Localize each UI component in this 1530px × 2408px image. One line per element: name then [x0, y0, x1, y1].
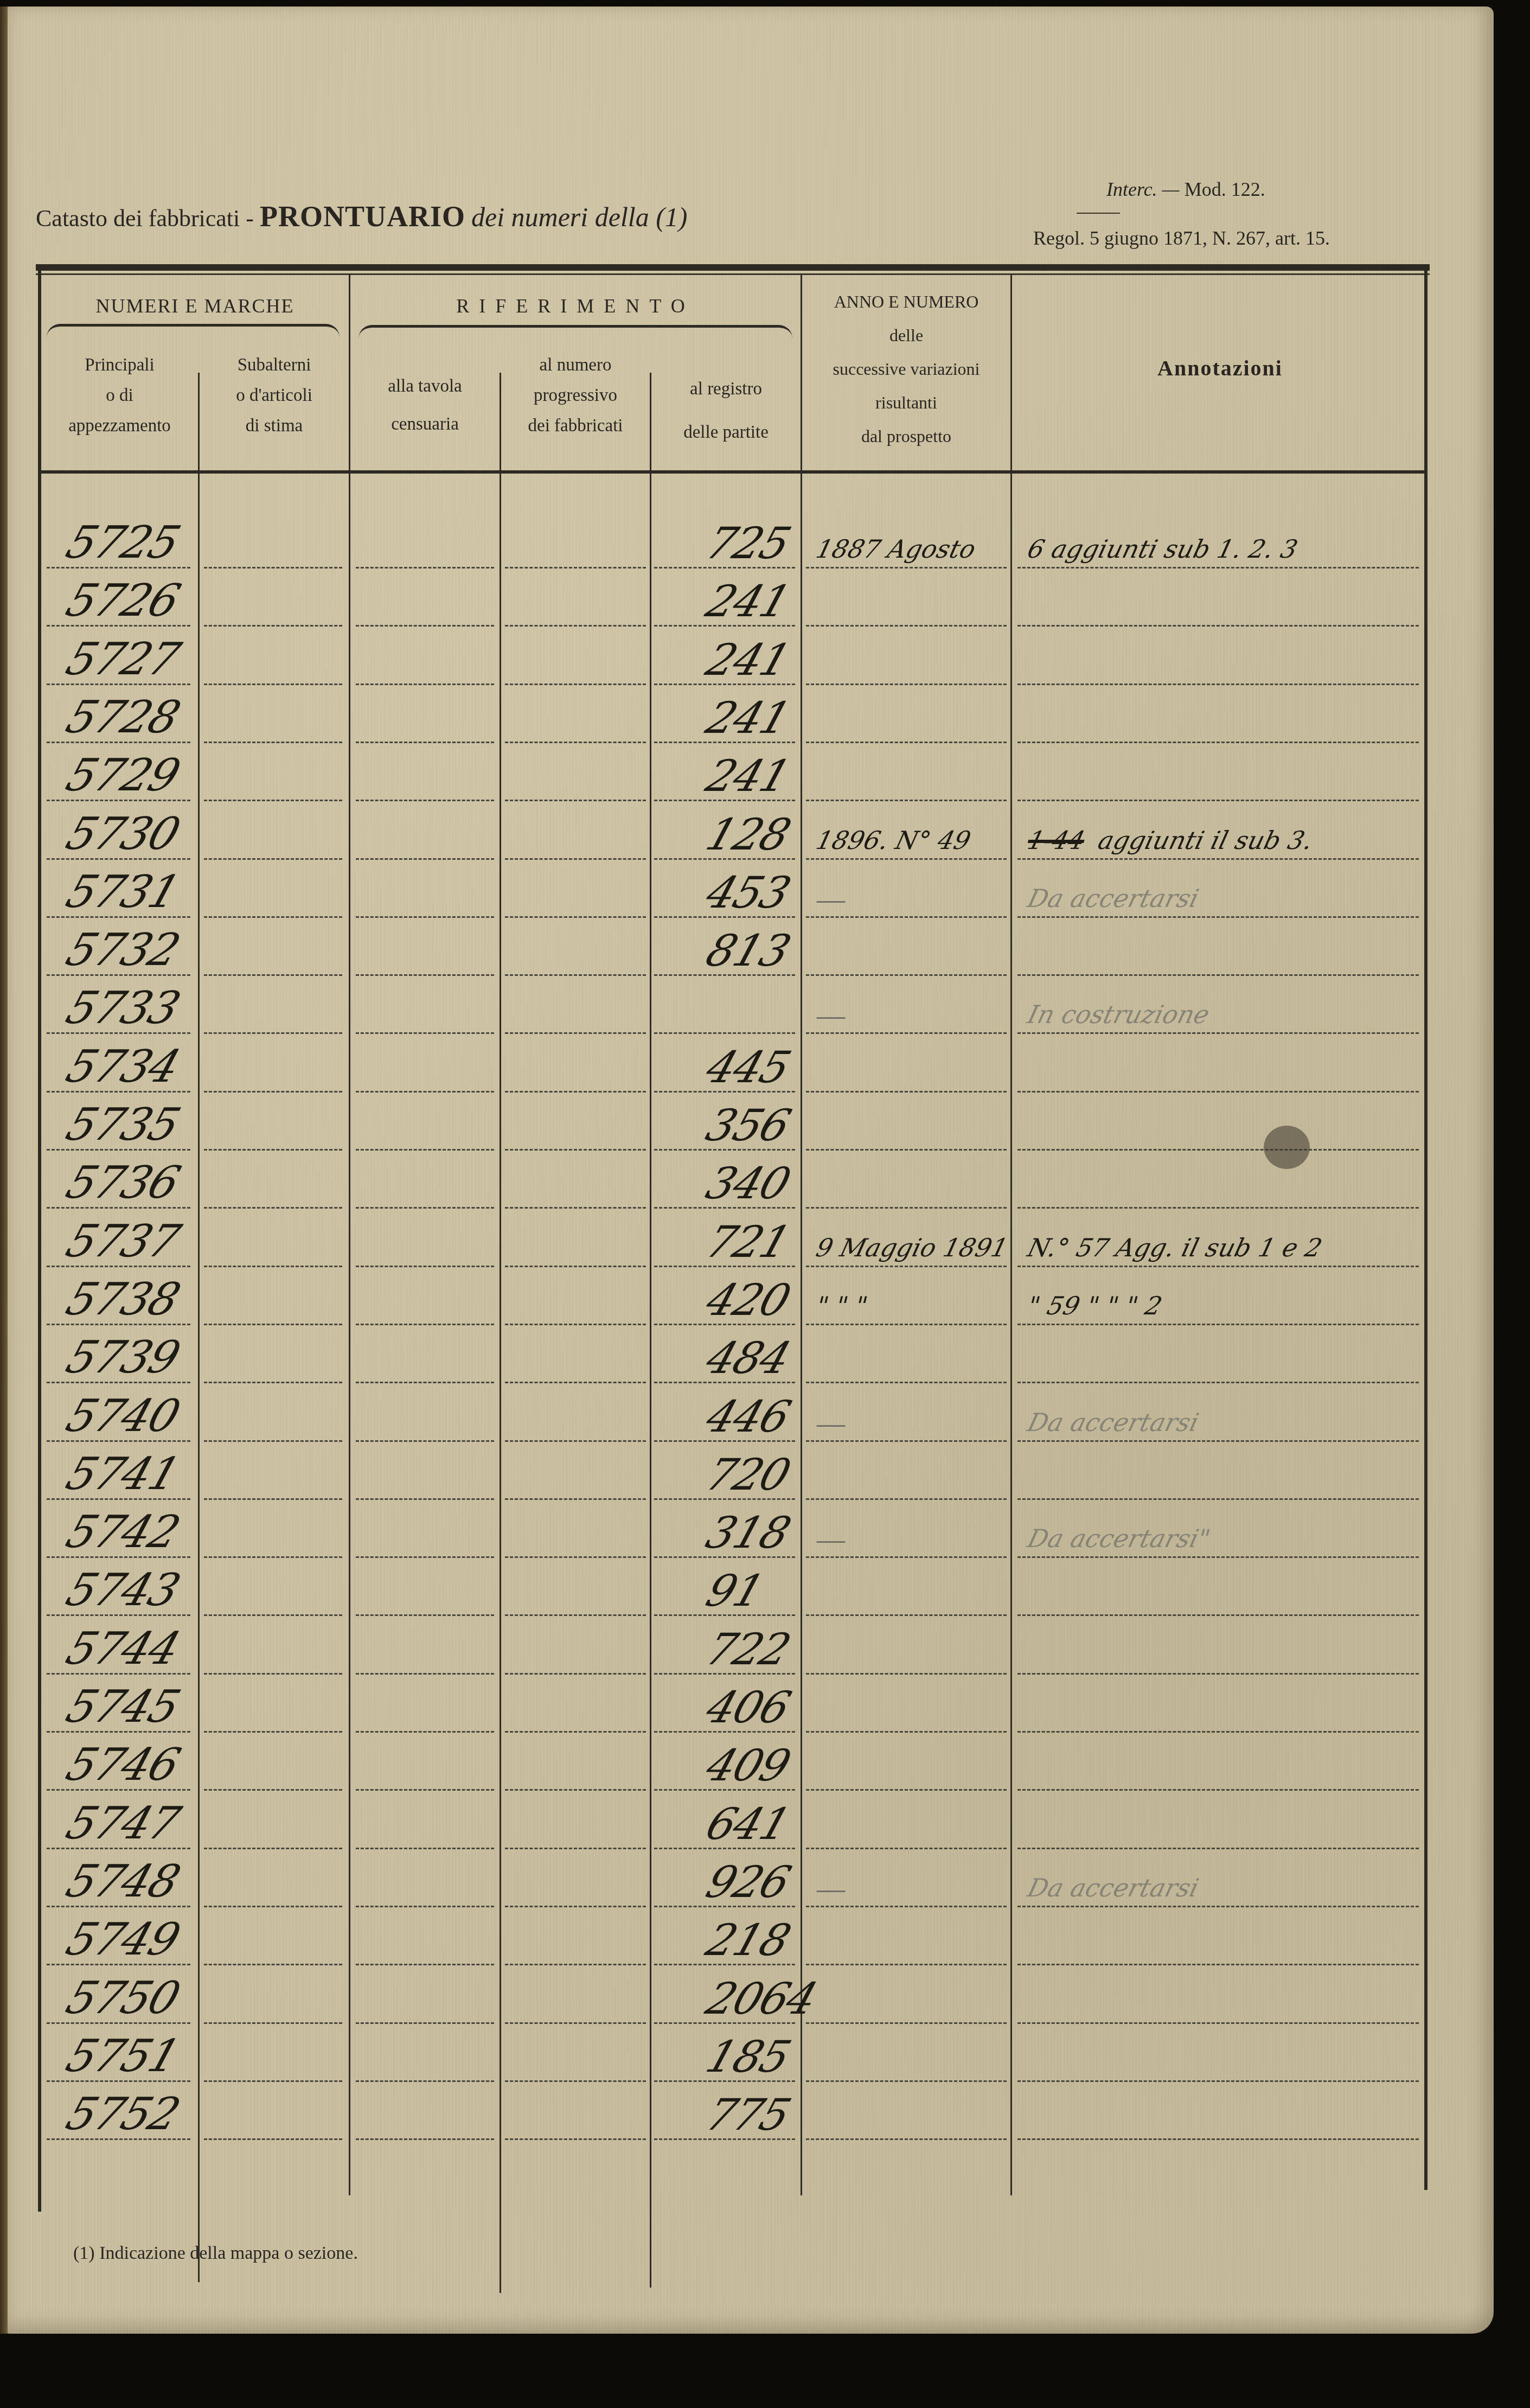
row-rule [1017, 1556, 1419, 1558]
cell-variazione: " " " [813, 1291, 870, 1320]
table-row: 5736340 [36, 1153, 1430, 1211]
row-rule [204, 1964, 342, 1965]
row-rule [505, 1091, 646, 1093]
row-rule [204, 1440, 342, 1442]
row-rule [806, 1848, 1007, 1849]
row-rule [505, 567, 646, 569]
row-rule [1017, 2080, 1419, 2082]
cell-principale: 5725 [60, 517, 186, 569]
cell-principale: 5739 [60, 1332, 186, 1383]
cell-principale: 5729 [60, 750, 186, 801]
row-rule [806, 1207, 1007, 1209]
cell-registro: 721 [700, 1217, 796, 1267]
cell-annotazione-pencil: Da accertarsi" [1025, 1524, 1213, 1553]
row-rule [806, 1964, 1007, 1965]
cell-registro: 241 [700, 576, 796, 627]
row-rule [505, 2080, 646, 2082]
row-rule [505, 1848, 646, 1849]
row-rule [806, 1556, 1007, 1558]
row-rule [806, 742, 1007, 743]
table-row: 5741720 [36, 1444, 1430, 1502]
row-rule [356, 1614, 494, 1616]
row-rule [1017, 1266, 1419, 1267]
cell-annotazione-pencil: Da accertarsi [1025, 884, 1202, 913]
row-rule [505, 1556, 646, 1558]
cell-registro: 241 [700, 635, 796, 685]
row-rule [1017, 625, 1419, 627]
row-rule [204, 1149, 342, 1151]
row-rule [356, 625, 494, 627]
row-rule [1017, 1440, 1419, 1442]
row-rule [204, 1091, 342, 1093]
row-rule [806, 800, 1007, 801]
cell-principale: 5733 [60, 982, 186, 1034]
regulation-reference: Regol. 5 giugno 1871, N. 267, art. 15. [1033, 227, 1330, 250]
cell-registro: 241 [700, 751, 796, 801]
row-rule [1017, 1614, 1419, 1616]
table-row: 5746409 [36, 1735, 1430, 1793]
cell-principale: 5734 [60, 1041, 186, 1093]
row-rule [204, 1324, 342, 1325]
row-rule [204, 1382, 342, 1383]
row-rule [204, 567, 342, 569]
row-rule [204, 1032, 342, 1034]
cell-principale: 5749 [60, 1914, 186, 1965]
cell-variazione: — [817, 1524, 845, 1556]
table-row: 5748926—Da accertarsi [36, 1851, 1430, 1909]
row-rule [806, 916, 1007, 918]
row-rule [1017, 1149, 1419, 1151]
cell-annotazione: " 59 " " " 2 [1025, 1291, 1165, 1320]
table-row: 5749218 [36, 1909, 1430, 1968]
col-header-tavola: alla tavola censuaria [350, 367, 500, 443]
cell-registro: 356 [700, 1100, 796, 1151]
cell-registro: 446 [700, 1391, 796, 1442]
cell-principale: 5737 [60, 1216, 186, 1267]
row-rule [356, 1498, 494, 1500]
row-rule [1017, 742, 1419, 743]
row-rule [505, 2022, 646, 2024]
row-rule [505, 1149, 646, 1151]
cell-principale: 5732 [60, 924, 186, 976]
cell-principale: 5752 [60, 2088, 186, 2140]
row-rule [505, 1906, 646, 1907]
row-rule [356, 1673, 494, 1675]
table-row: 5735356 [36, 1095, 1430, 1153]
row-rule [505, 1614, 646, 1616]
row-rule [806, 1032, 1007, 1034]
row-rule [806, 1498, 1007, 1500]
row-rule [505, 858, 646, 860]
cell-registro: 420 [700, 1275, 796, 1325]
row-rule [356, 916, 494, 918]
model-prefix: Interc. — [1106, 178, 1180, 200]
group-riferimento: RIFERIMENTO [350, 295, 801, 317]
col-header-variazioni: ANNO E NUMERO delle successive variazion… [802, 285, 1010, 453]
row-rule [505, 1207, 646, 1209]
table-row: 5731453—Da accertarsi [36, 862, 1430, 920]
table-row: 57301281896. N° 491-44aggiunti il sub 3. [36, 804, 1430, 862]
row-rule [505, 916, 646, 918]
row-rule [1017, 916, 1419, 918]
cell-variazione: — [817, 884, 845, 916]
cell-annotazione: aggiunti il sub 3. [1095, 826, 1316, 855]
cell-annotazione: 6 aggiunti sub 1. 2. 3 [1025, 534, 1301, 564]
cell-registro: 185 [700, 2032, 796, 2082]
title-prefix: Catasto dei fabbricati - [36, 205, 254, 232]
cell-registro: 445 [700, 1042, 796, 1093]
model-number: Mod. 122. [1185, 178, 1265, 200]
cell-variazione: — [817, 1408, 845, 1440]
cell-annotazione-struck: 1-44 [1025, 826, 1088, 855]
cell-principale: 5745 [60, 1681, 186, 1733]
row-rule [505, 625, 646, 627]
row-rule [204, 1731, 342, 1733]
cell-registro: 926 [700, 1857, 796, 1907]
row-rule [356, 1382, 494, 1383]
cell-annotazione-pencil: Da accertarsi [1025, 1873, 1202, 1902]
table-row: 5738420" " "" 59 " " " 2 [36, 1269, 1430, 1327]
row-rule [806, 1324, 1007, 1325]
cell-principale: 5743 [60, 1564, 186, 1616]
row-rule [1017, 1382, 1419, 1383]
cell-registro: 241 [700, 693, 796, 743]
row-rule [204, 1266, 342, 1267]
row-rule [806, 1789, 1007, 1791]
cell-principale: 5741 [60, 1448, 186, 1500]
row-rule [1017, 1498, 1419, 1500]
row-rule [806, 567, 1007, 569]
cell-principale: 5747 [60, 1798, 186, 1849]
row-rule [356, 1032, 494, 1034]
table-row: 5740446—Da accertarsi [36, 1386, 1430, 1444]
row-rule [654, 1032, 795, 1034]
row-rule [1017, 1673, 1419, 1675]
cell-registro: 484 [700, 1333, 796, 1383]
row-rule [1017, 974, 1419, 976]
row-rule [806, 2138, 1007, 2140]
table-row: 5732813 [36, 920, 1430, 978]
row-rule [1017, 1906, 1419, 1907]
col-header-subalterni: Subalterni o d'articoli di stima [200, 350, 349, 441]
row-rule [1017, 1789, 1419, 1791]
row-rule [806, 1673, 1007, 1675]
row-rule [1017, 1032, 1419, 1034]
row-rule [356, 1848, 494, 1849]
row-rule [505, 742, 646, 743]
row-rule [505, 1032, 646, 1034]
row-rule [505, 1731, 646, 1733]
cell-registro: 409 [700, 1740, 796, 1791]
cell-annotazione: N.° 57 Agg. il sub 1 e 2 [1025, 1233, 1325, 1262]
cell-principale: 5742 [60, 1506, 186, 1558]
cell-registro: 340 [700, 1158, 796, 1209]
table-top-border [36, 264, 1430, 271]
cell-variazione: 9 Maggio 1891 [813, 1233, 1011, 1262]
row-rule [356, 1964, 494, 1965]
table-row: 5751185 [36, 2026, 1430, 2084]
row-rule [505, 1440, 646, 1442]
col-header-registro: al registro delle partite [651, 367, 801, 454]
cell-principale: 5736 [60, 1157, 186, 1209]
row-rule [204, 1673, 342, 1675]
cell-registro: 775 [700, 2090, 796, 2140]
row-rule [204, 858, 342, 860]
cell-registro: 2064 [700, 1973, 823, 2024]
row-rule [505, 1382, 646, 1383]
row-rule [356, 567, 494, 569]
row-rule [806, 1906, 1007, 1907]
ink-stain [1264, 1126, 1310, 1169]
row-rule [356, 800, 494, 801]
row-rule [356, 684, 494, 685]
row-rule [505, 974, 646, 976]
row-rule [204, 974, 342, 976]
row-rule [505, 2138, 646, 2140]
cell-registro: 641 [700, 1799, 796, 1849]
col-header-principali: Principali o di appezzamento [41, 350, 198, 441]
brace [47, 324, 340, 337]
row-rule [356, 1731, 494, 1733]
table-row: 5752775 [36, 2084, 1430, 2142]
footnote: (1) Indicazione della mappa o sezione. [73, 2243, 358, 2264]
row-rule [1017, 1848, 1419, 1849]
row-rule [505, 1324, 646, 1325]
col-header-annotazioni: Annotazioni [1157, 355, 1283, 381]
cell-variazione: 1896. N° 49 [813, 826, 974, 855]
row-rule [505, 1673, 646, 1675]
cell-principale: 5744 [60, 1623, 186, 1675]
table-row: 5747641 [36, 1793, 1430, 1851]
cell-registro: 91 [700, 1566, 770, 1616]
row-rule [204, 2022, 342, 2024]
row-rule [204, 742, 342, 743]
row-rule [505, 1964, 646, 1965]
row-rule [1017, 2138, 1419, 2140]
row-rule [356, 1324, 494, 1325]
row-rule [1017, 800, 1419, 801]
header-bottom-rule [41, 470, 1424, 474]
row-rule [204, 2138, 342, 2140]
cell-principale: 5730 [60, 808, 186, 860]
row-rule [1017, 1207, 1419, 1209]
cell-principale: 5746 [60, 1739, 186, 1791]
row-rule [356, 1906, 494, 1907]
row-rule [806, 858, 1007, 860]
row-rule [204, 1614, 342, 1616]
table-row: 5734445 [36, 1037, 1430, 1095]
table-row: 5729241 [36, 745, 1430, 803]
table-row: 5726241 [36, 571, 1430, 629]
cell-registro: 128 [700, 809, 796, 860]
row-rule [505, 1789, 646, 1791]
row-rule [204, 1207, 342, 1209]
row-rule [806, 974, 1007, 976]
group-numeri-e-marche: NUMERI E MARCHE [41, 295, 349, 317]
cell-annotazione-pencil: Da accertarsi [1025, 1408, 1202, 1437]
cell-registro: 218 [700, 1915, 796, 1965]
cell-principale: 5751 [60, 2030, 186, 2082]
row-rule [1017, 2022, 1419, 2024]
row-rule [505, 1498, 646, 1500]
title-italic: dei numeri della (1) [471, 202, 688, 232]
form-title: Catasto dei fabbricati - PRONTUARIO dei … [36, 200, 687, 233]
row-rule [204, 800, 342, 801]
row-rule [356, 858, 494, 860]
row-rule [356, 1207, 494, 1209]
title-bold: PRONTUARIO [260, 200, 465, 233]
row-rule [204, 1789, 342, 1791]
table-row: 5742318—Da accertarsi" [36, 1502, 1430, 1560]
row-rule [356, 2080, 494, 2082]
row-rule [356, 2138, 494, 2140]
brace [359, 325, 792, 338]
row-rule [505, 1266, 646, 1267]
row-rule [806, 1614, 1007, 1616]
row-rule [806, 1091, 1007, 1093]
table-row: 5727241 [36, 629, 1430, 687]
row-rule [356, 2022, 494, 2024]
row-rule [204, 1498, 342, 1500]
row-rule [356, 742, 494, 743]
row-rule [204, 1906, 342, 1907]
row-rule [505, 800, 646, 801]
row-rule [806, 2022, 1007, 2024]
table-row: 57502064 [36, 1968, 1430, 2026]
cell-registro: 813 [700, 925, 796, 976]
row-rule [204, 1556, 342, 1558]
row-rule [356, 974, 494, 976]
cell-registro: 725 [700, 518, 796, 569]
row-rule [806, 2080, 1007, 2082]
row-rule [806, 1731, 1007, 1733]
cell-principale: 5750 [60, 1972, 186, 2024]
table-row: 5745406 [36, 1677, 1430, 1735]
row-rule [204, 2080, 342, 2082]
cell-variazione: — [817, 1000, 845, 1032]
cell-registro: 406 [700, 1682, 796, 1733]
row-rule [1017, 567, 1419, 569]
cell-principale: 5731 [60, 866, 186, 918]
row-rule [1017, 1091, 1419, 1093]
cell-principale: 5727 [60, 634, 186, 685]
table-row: 5739484 [36, 1327, 1430, 1385]
row-rule [806, 1382, 1007, 1383]
row-rule [505, 684, 646, 685]
table-row: 5728241 [36, 687, 1430, 745]
row-rule [356, 1789, 494, 1791]
row-rule [204, 625, 342, 627]
cell-principale: 5740 [60, 1390, 186, 1442]
cell-registro: 720 [700, 1449, 796, 1500]
row-rule [356, 1556, 494, 1558]
table-row: 57377219 Maggio 1891N.° 57 Agg. il sub 1… [36, 1211, 1430, 1269]
header-divider [1077, 213, 1120, 214]
register-table: NUMERI E MARCHE RIFERIMENTO Principali o… [36, 264, 1430, 2212]
table-row: 5744722 [36, 1619, 1430, 1677]
table-row: 57257251887 Agosto6 aggiunti sub 1. 2. 3 [36, 513, 1430, 571]
row-rule [356, 1149, 494, 1151]
row-rule [806, 1266, 1007, 1267]
row-rule [356, 1440, 494, 1442]
table-row: 5733—In costruzione [36, 978, 1430, 1036]
cell-principale: 5738 [60, 1274, 186, 1325]
row-rule [806, 1440, 1007, 1442]
table-top-border-inner [36, 273, 1430, 275]
cell-annotazione-pencil: In costruzione [1025, 1000, 1213, 1029]
cell-principale: 5728 [60, 692, 186, 743]
cell-registro: 318 [700, 1508, 796, 1558]
row-rule [204, 1848, 342, 1849]
cell-principale: 5735 [60, 1099, 186, 1151]
cell-variazione: — [817, 1873, 845, 1905]
row-rule [1017, 1731, 1419, 1733]
col-header-progressivo: al numero progressivo dei fabbricati [501, 350, 650, 441]
row-rule [806, 1149, 1007, 1151]
cell-principale: 5726 [60, 575, 186, 627]
row-rule [1017, 1964, 1419, 1965]
row-rule [204, 916, 342, 918]
row-rule [204, 684, 342, 685]
cell-registro: 453 [700, 867, 796, 918]
row-rule [1017, 1324, 1419, 1325]
row-rule [1017, 684, 1419, 685]
form-model: Interc. — Mod. 122. [1106, 178, 1265, 201]
row-rule [356, 1266, 494, 1267]
row-rule [806, 684, 1007, 685]
row-rule [1017, 858, 1419, 860]
cell-principale: 5748 [60, 1856, 186, 1907]
cell-registro: 722 [700, 1624, 796, 1675]
table-row: 574391 [36, 1560, 1430, 1618]
cell-variazione: 1887 Agosto [813, 534, 978, 564]
row-rule [356, 1091, 494, 1093]
row-rule [806, 625, 1007, 627]
